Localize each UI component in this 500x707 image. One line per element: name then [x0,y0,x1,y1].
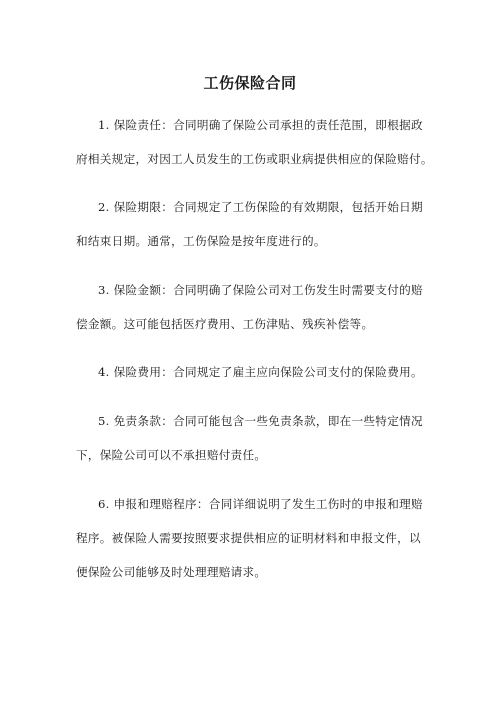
paragraph-5-line-2: 下，保险公司可以不承担赔付责任。 [76,447,266,463]
paragraph-1-line-2: 府相关规定，对因工人员发生的工伤或职业病提供相应的保险赔付。 [76,151,433,167]
paragraph-6-line-1: 6. 申报和理赔程序：合同详细说明了发生工伤时的申报和理赔 [98,496,423,512]
document-title: 工伤保险合同 [0,72,500,93]
paragraph-5-line-1: 5. 免责条款：合同可能包含一些免责条款，即在一些特定情况 [98,413,423,429]
paragraph-3-line-2: 偿金额。这可能包括医疗费用、工伤津贴、残疾补偿等。 [76,316,373,332]
paragraph-2-line-1: 2. 保险期限：合同规定了工伤保险的有效期限，包括开始日期 [98,199,423,215]
paragraph-6-line-2: 程序。被保险人需要按照要求提供相应的证明材料和申报文件，以 [76,530,421,546]
paragraph-4-line-1: 4. 保险费用：合同规定了雇主应向保险公司支付的保险费用。 [98,364,423,380]
paragraph-6-line-3: 便保险公司能够及时处理理赔请求。 [76,564,266,580]
paragraph-1-line-1: 1. 保险责任：合同明确了保险公司承担的责任范围，即根据政 [98,117,423,133]
paragraph-3-line-1: 3. 保险金额：合同明确了保险公司对工伤发生时需要支付的赔 [98,282,423,298]
paragraph-2-line-2: 和结束日期。通常，工伤保险是按年度进行的。 [76,233,326,249]
